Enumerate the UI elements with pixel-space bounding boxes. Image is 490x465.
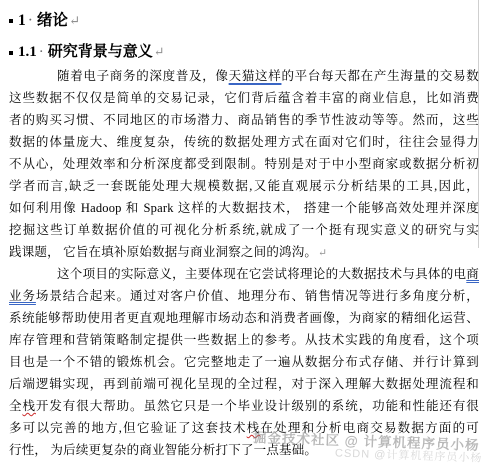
text-run: 不从心，处理效率和分析深度都受到限制。特别是对于中小型商家或数据分析初 [9,157,479,171]
heading-number: 1 [18,12,26,29]
document-content: 1·绪论↵ 1.1·研究背景与意义↵ 随着电子商务的深度普及，像天猫这样的平台每… [9,11,479,461]
grammar-underline-run: 业务 [9,289,36,303]
text-line[interactable]: 者的购买习惯、不同地区的市场潜力、商品销售的季节性波动等等。然而，这些 [9,109,479,131]
text-line[interactable]: 行性， 为后续更复杂的商业智能分析打下了一点基础。 [9,439,479,461]
text-line[interactable]: 随着电子商务的深度普及，像天猫这样的平台每天都在产生海量的交易数据。 [9,65,479,87]
spellcheck-underline-run: 栈 [22,399,35,413]
paragraph-mark: ↵ [68,13,80,28]
paragraphs: 随着电子商务的深度普及，像天猫这样的平台每天都在产生海量的交易数据。这些数据不仅… [9,65,479,461]
heading-section: 1.1·研究背景与意义↵ [9,42,479,62]
grammar-underline-run: 商 [466,267,479,281]
text-run: 后端逻辑实现，再到前端可视化呈现的全过程，对于深入理解大数据处理流程和 [9,377,479,391]
text-run: 学者而言,缺乏一套既能处理大规模数据,又能直观展示分析结果的工具,因此， [9,179,479,193]
text-line[interactable]: 库存管理和营销策略制定提供一些数据上的参考。从技术实践的角度看，这个项 [9,329,479,351]
text-run: 挖掘这些订单数据价值的可视化分析系统,就成了一个挺有现实意义的研究与实 [9,223,479,237]
text-run: 场景结合起来。通过对客户价值、地理分布、销售情况等进行多角度分析， [36,289,479,303]
text-run: 全 [9,399,22,413]
text-line[interactable]: 多可以完善的地方,但它验证了这套技术栈在处理和分析电商交易数据方面的可 [9,417,479,439]
space-format-mark: · [26,12,37,29]
paragraph-mark: ↵ [317,248,327,259]
text-line[interactable]: 这些数据不仅仅是简单的交易记录，它们背后蕴含着丰富的商业信息，比如消费 [9,87,479,109]
text-line[interactable]: 如何利用像 Hadoop 和 Spark 这样的大数据技术， 搭建一个能够高效处… [9,197,479,219]
text-line[interactable]: 挖掘这些订单数据价值的可视化分析系统,就成了一个挺有现实意义的研究与实 [9,219,479,241]
heading-number: 1.1 [18,44,37,60]
heading-title: 绪论 [37,12,68,29]
text-line[interactable]: 学者而言,缺乏一套既能处理大规模数据,又能直观展示分析结果的工具,因此， [9,175,479,197]
heading-anchor-icon [9,19,13,23]
space-format-mark: · [37,44,48,60]
paragraph-mark: ↵ [153,45,165,59]
text-line[interactable]: 不从心，处理效率和分析深度都受到限制。特别是对于中小型商家或数据分析初 [9,153,479,175]
text-line[interactable]: 业务场景结合起来。通过对客户价值、地理分布、销售情况等进行多角度分析， [9,285,479,307]
text-run: 多可以完善的地方,但它验证了这套技术 [9,421,247,435]
document-page[interactable]: 1·绪论↵ 1.1·研究背景与意义↵ 随着电子商务的深度普及，像天猫这样的平台每… [0,0,490,465]
text-run: 这些数据不仅仅是简单的交易记录，它们背后蕴含着丰富的商业信息，比如消费 [9,91,479,105]
paragraph: 这个项目的实际意义，主要体现在它尝试将理论的大数据技术与具体的电商业务场景结合起… [9,263,479,461]
text-run: 行性， 为后续更复杂的商业智能分析打下了一点基础。 [9,443,317,457]
heading-title: 研究背景与意义 [48,44,153,60]
text-line[interactable]: 后端逻辑实现，再到前端可视化呈现的全过程，对于深入理解大数据处理流程和 [9,373,479,395]
text-run: 践课题， 它旨在填补原始数据与商业洞察之间的鸿沟。 [9,245,317,259]
heading-chapter: 1·绪论↵ [9,11,479,31]
text-run: 这个项目的实际意义，主要体现在它尝试将理论的大数据技术与具体的电 [57,267,466,281]
text-run: 目也是一个不错的锻炼机会。它完整地走了一遍从数据分布式存储、并行计算到 [9,355,479,369]
spellcheck-underline-run: 栈 [247,421,261,435]
heading-anchor-icon [9,51,13,55]
text-run: 在处理和分析电商交易数据方面的可 [260,421,479,435]
text-run: 库存管理和营销策略制定提供一些数据上的参考。从技术实践的角度看，这个项 [9,333,479,347]
text-line[interactable]: 这个项目的实际意义，主要体现在它尝试将理论的大数据技术与具体的电商 [9,263,479,285]
text-run: 开发有很大帮助。虽然它只是一个毕业设计级别的系统，功能和性能还有很 [36,399,479,413]
text-run: 系统能够帮助使用者更直观地理解市场动态和消费者画像，为商家的精细化运营、 [9,311,479,325]
text-run: 随着电子商务的深度普及，像 [57,69,229,83]
text-line[interactable]: 目也是一个不错的锻炼机会。它完整地走了一遍从数据分布式存储、并行计算到 [9,351,479,373]
paragraph: 随着电子商务的深度普及，像天猫这样的平台每天都在产生海量的交易数据。这些数据不仅… [9,65,479,263]
text-line[interactable]: 践课题， 它旨在填补原始数据与商业洞察之间的鸿沟。↵ [9,241,479,263]
text-line[interactable]: 系统能够帮助使用者更直观地理解市场动态和消费者画像，为商家的精细化运营、 [9,307,479,329]
grammar-underline-run: 天猫这样 [229,69,282,83]
text-run: 如何利用像 Hadoop 和 Spark 这样的大数据技术， 搭建一个能够高效处… [9,201,479,215]
text-line[interactable]: 数据的体量庞大、维度复杂，传统的数据处理方式在面对它们时，往往会显得力 [9,131,479,153]
text-line[interactable]: 全栈开发有很大帮助。虽然它只是一个毕业设计级别的系统，功能和性能还有很 [9,395,479,417]
text-run: 者的购买习惯、不同地区的市场潜力、商品销售的季节性波动等等。然而，这些 [9,113,479,127]
text-run: 数据的体量庞大、维度复杂，传统的数据处理方式在面对它们时，往往会显得力 [9,135,479,149]
